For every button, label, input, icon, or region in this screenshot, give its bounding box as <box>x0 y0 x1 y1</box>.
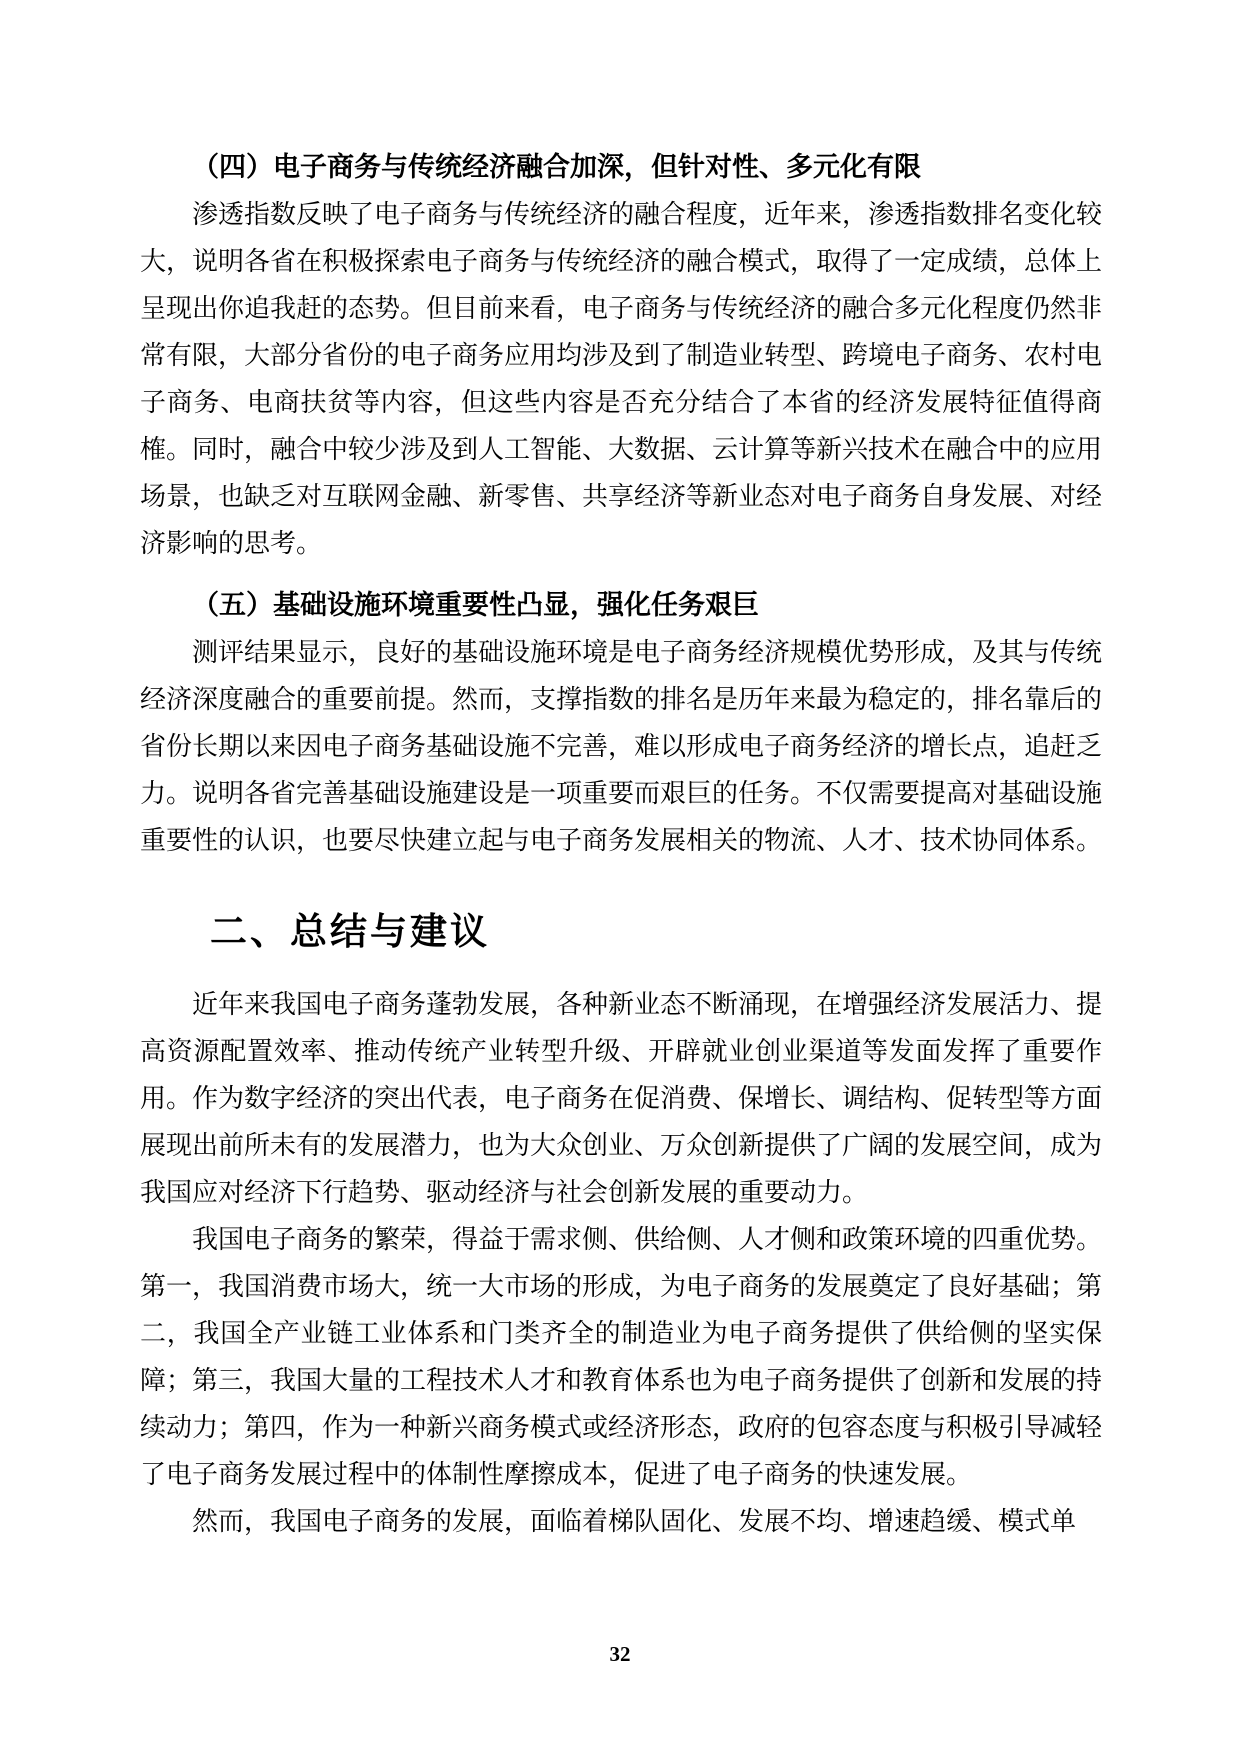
chapter-2-heading: 二、总结与建议 <box>140 910 1102 954</box>
page-content: （四）电子商务与传统经济融合加深，但针对性、多元化有限 渗透指数反映了电子商务与… <box>140 144 1102 1545</box>
chapter-2-paragraph-1: 近年来我国电子商务蓬勃发展，各种新业态不断涌现，在增强经济发展活力、提高资源配置… <box>140 981 1102 1216</box>
chapter-2-paragraph-2: 我国电子商务的繁荣，得益于需求侧、供给侧、人才侧和政策环境的四重优势。第一，我国… <box>140 1216 1102 1498</box>
document-page: （四）电子商务与传统经济融合加深，但针对性、多元化有限 渗透指数反映了电子商务与… <box>0 0 1240 1754</box>
section-5-heading: （五）基础设施环境重要性凸显，强化任务艰巨 <box>140 582 1102 629</box>
chapter-2-paragraph-3: 然而，我国电子商务的发展，面临着梯队固化、发展不均、增速趋缓、模式单 <box>140 1498 1102 1545</box>
page-number: 32 <box>0 1642 1240 1667</box>
section-4-paragraph: 渗透指数反映了电子商务与传统经济的融合程度，近年来，渗透指数排名变化较大，说明各… <box>140 191 1102 567</box>
section-5-paragraph: 测评结果显示，良好的基础设施环境是电子商务经济规模优势形成，及其与传统经济深度融… <box>140 629 1102 864</box>
section-4-heading: （四）电子商务与传统经济融合加深，但针对性、多元化有限 <box>140 144 1102 191</box>
